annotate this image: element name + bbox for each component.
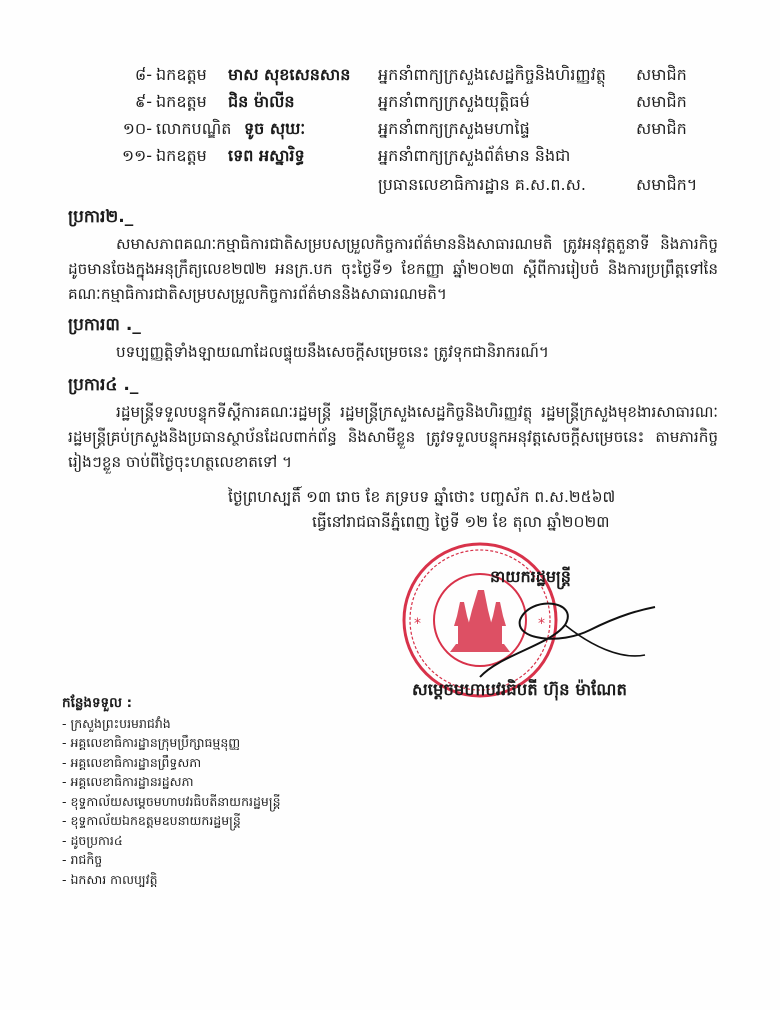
member-status: សមាជិក [636,118,687,142]
member-role: អ្នកនាំពាក្យក្រសួងយុត្តិធម៌ [378,91,530,115]
member-role: អ្នកនាំពាក្យក្រសួងមហាផ្ទៃ [378,118,530,142]
member-title: ឯកឧត្តម [156,64,207,88]
member-name: មាស សុខសេនសាន [228,64,350,88]
member-row: ៨- ឯកឧត្តម មាស សុខសេនសាន អ្នកនាំពាក្យក្រ… [0,64,780,88]
member-name: ទេព អស្នារិទ្ធ [228,145,305,169]
recipient-item: - ដូចប្រការ៤ [62,831,281,851]
member-row: ៩- ឯកឧត្តម ជិន ម៉ាលីន អ្នកនាំពាក្យក្រសួង… [0,91,780,115]
member-title: ឯកឧត្តម [156,145,207,169]
article-2-body: សមាសភាពគណៈកម្មាធិការជាតិសម្របសម្រួលកិច្ច… [68,232,718,307]
member-status: សមាជិក។ [636,174,697,198]
svg-text:*: * [414,616,421,632]
article-2-text: សមាសភាពគណៈកម្មាធិការជាតិសម្របសម្រួលកិច្ច… [68,235,718,303]
signature-scribble-icon [470,585,660,685]
member-number: ១១- [112,145,152,169]
article-3-text: បទប្បញ្ញត្តិទាំងឡាយណាដែលផ្ទុយនឹងសេចក្តីស… [116,343,549,361]
member-row: ១០- លោកបណ្ឌិត ទូច សុឃៈ អ្នកនាំពាក្យក្រសួ… [0,118,780,142]
member-status: សមាជិក [636,91,687,115]
member-role-continued: ប្រធានលេខាធិការដ្ឋាន គ.ស.ព.ស. [378,174,586,198]
member-title: ឯកឧត្តម [156,91,207,115]
article-3-heading: ប្រការ៣ ._ [68,314,141,339]
recipient-item: - ឯកសារ កាលប្បវត្តិ [62,870,281,890]
member-role: អ្នកនាំពាក្យក្រសួងព័ត៌មាន និងជា [378,145,570,169]
recipients-heading: កន្លែងទទួល : [62,694,281,714]
recipient-item: - រាជកិច្ច [62,850,281,870]
recipient-item: - ក្រសួងព្រះបរមរាជវាំង [62,714,281,734]
article-4-body: រដ្ឋមន្ត្រីទទួលបន្ទុកទីស្តីការគណៈរដ្ឋមន្… [68,400,718,475]
article-4-heading: ប្រការ៤ ._ [68,374,138,399]
member-name: ទូច សុឃៈ [244,118,305,142]
signatory-title: នាយករដ្ឋមន្ត្រី [490,566,571,590]
member-role: អ្នកនាំពាក្យក្រសួងសេដ្ឋកិច្ចនិងហិរញ្ញវត្… [378,64,606,88]
recipient-item: - ខុទ្ទកាល័យសម្តេចមហាបវរធិបតីនាយករដ្ឋមន្… [62,792,281,812]
member-number: ៩- [112,91,152,115]
recipient-item: - អគ្គលេខាធិការដ្ឋានព្រឹទ្ធសភា [62,753,281,773]
recipient-item: - អគ្គលេខាធិការដ្ឋានក្រុមប្រឹក្សាធម្មនុញ… [62,733,281,753]
recipient-item: - អគ្គលេខាធិការដ្ឋានរដ្ឋសភា [62,772,281,792]
member-title: លោកបណ្ឌិត [156,118,231,142]
article-4-text: រដ្ឋមន្ត្រីទទួលបន្ទុកទីស្តីការគណៈរដ្ឋមន្… [68,403,718,471]
member-name: ជិន ម៉ាលីន [228,91,295,115]
article-2-heading: ប្រការ២._ [68,206,133,231]
recipient-item: - ខុទ្ទកាល័យឯកឧត្តមឧបនាយករដ្ឋមន្ត្រី [62,811,281,831]
member-status: សមាជិក [636,64,687,88]
signatory-name: សម្តេចមហាបវរធិបតី ហ៊ុន ម៉ាណែត [412,680,627,704]
lunar-date: ថ្ងៃព្រហស្បតិ៍ ១៣ រោច ខែ ភទ្របទ ឆ្នាំថោះ… [228,487,615,510]
decree-page: ៨- ឯកឧត្តម មាស សុខសេនសាន អ្នកនាំពាក្យក្រ… [0,0,780,1010]
article-3-body: បទប្បញ្ញត្តិទាំងឡាយណាដែលផ្ទុយនឹងសេចក្តីស… [68,340,718,365]
member-number: ៨- [112,64,152,88]
recipients-list: កន្លែងទទួល : - ក្រសួងព្រះបរមរាជវាំង - អគ… [62,694,281,889]
member-number: ១០- [112,118,152,142]
member-row: ១១- ឯកឧត្តម ទេព អស្នារិទ្ធ អ្នកនាំពាក្យក… [0,145,780,169]
solar-date: ធ្វើនៅរាជធានីភ្នំពេញ ថ្ងៃទី ១២ ខែ តុលា ឆ… [312,512,609,535]
member-row-continuation: ប្រធានលេខាធិការដ្ឋាន គ.ស.ព.ស. សមាជិក។ [0,174,780,198]
